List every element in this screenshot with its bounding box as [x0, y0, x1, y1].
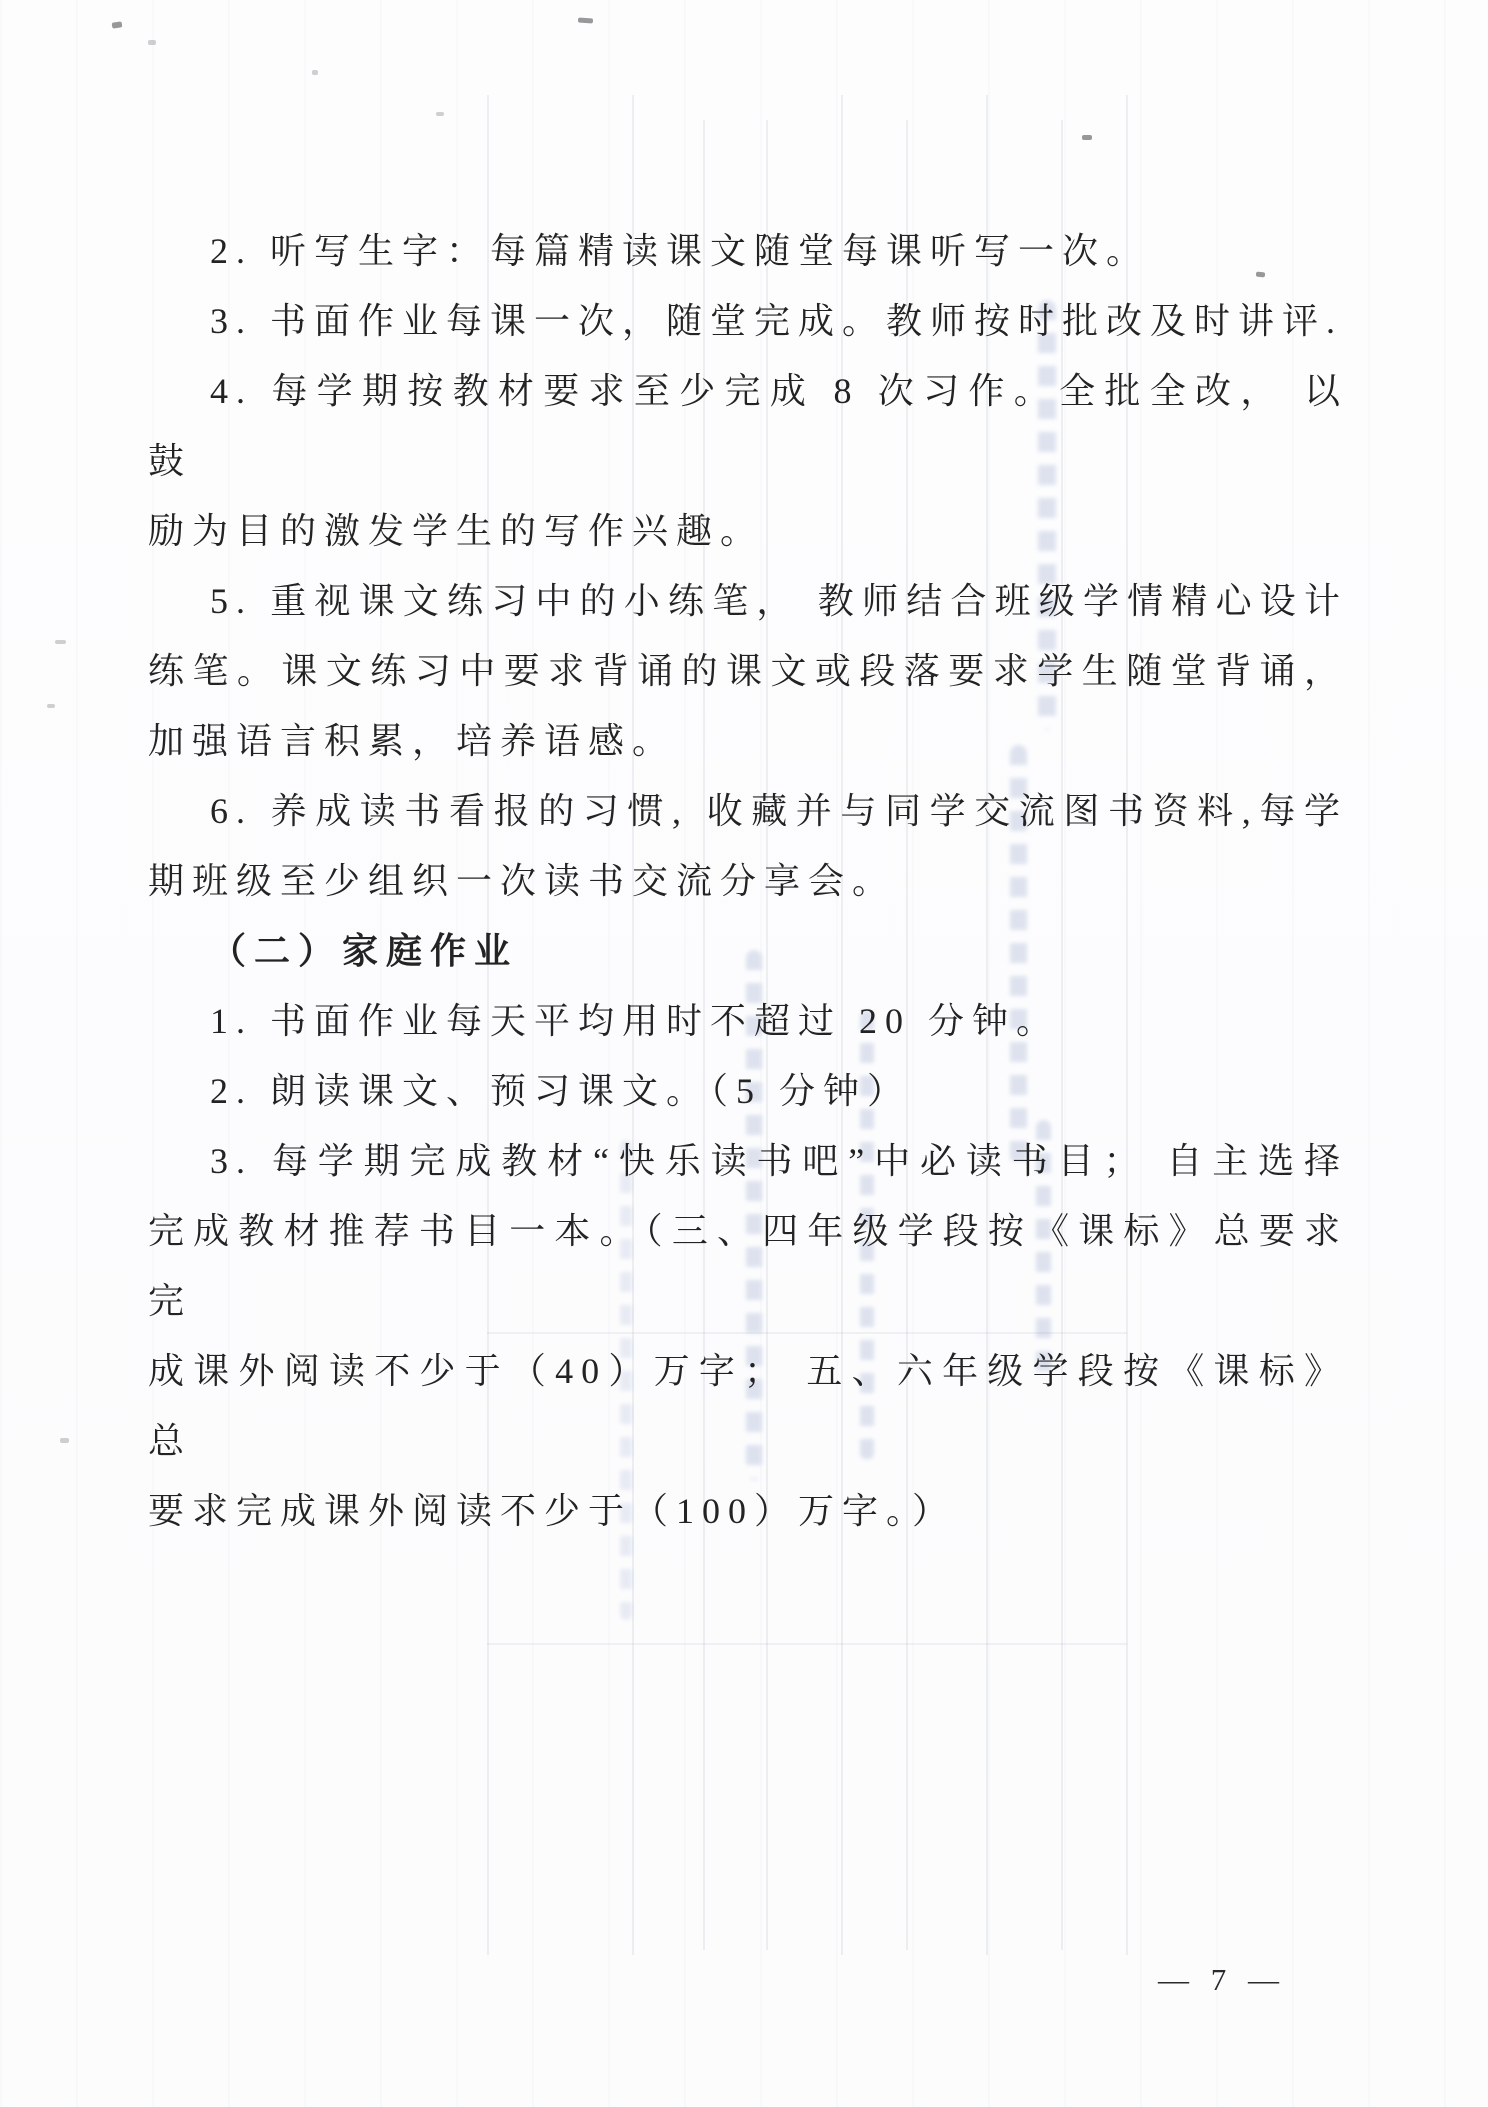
scan-speck: [60, 1438, 69, 1443]
text-line: 2. 听写生字：每篇精读课文随堂每课听写一次。: [148, 216, 1348, 286]
section-heading: （二）家庭作业: [148, 916, 1348, 986]
text-line: 要求完成课外阅读不少于（100）万字。）: [148, 1476, 1348, 1546]
text-line: 4. 每学期按教材要求至少完成 8 次习作。全批全改， 以鼓: [148, 356, 1348, 496]
text-line: 期班级至少组织一次读书交流分享会。: [148, 846, 1348, 916]
scan-speck: [312, 70, 318, 75]
text-line: 6. 养成读书看报的习惯, 收藏并与同学交流图书资料,每学: [148, 776, 1348, 846]
text-line: 成课外阅读不少于（40）万字； 五、六年级学段按《课标》总: [148, 1336, 1348, 1476]
scan-speck: [148, 40, 156, 45]
text-line: 2. 朗读课文、预习课文。（5 分钟）: [148, 1056, 1348, 1126]
text-line: 5. 重视课文练习中的小练笔， 教师结合班级学情精心设计: [148, 566, 1348, 636]
text-line: 完成教材推荐书目一本。（三、四年级学段按《课标》总要求完: [148, 1196, 1348, 1336]
scan-speck: [47, 704, 55, 708]
scanned-document-page: 2. 听写生字：每篇精读课文随堂每课听写一次。3. 书面作业每课一次，随堂完成。…: [0, 0, 1488, 2107]
bleed-grid-line: [487, 1643, 1127, 1645]
scan-speck: [436, 112, 444, 116]
scan-speck: [55, 640, 66, 644]
document-lines: 2. 听写生字：每篇精读课文随堂每课听写一次。3. 书面作业每课一次，随堂完成。…: [148, 216, 1348, 1546]
text-line: 3. 书面作业每课一次，随堂完成。教师按时批改及时讲评.: [148, 286, 1348, 356]
text-line: 加强语言积累，培养语感。: [148, 706, 1348, 776]
page-number: — 7 —: [1158, 1962, 1286, 1998]
scan-speck: [1082, 135, 1092, 140]
text-line: 励为目的激发学生的写作兴趣。: [148, 496, 1348, 566]
text-line: 1. 书面作业每天平均用时不超过 20 分钟。: [148, 986, 1348, 1056]
text-line: 练笔。课文练习中要求背诵的课文或段落要求学生随堂背诵，: [148, 636, 1348, 706]
text-line: 3. 每学期完成教材“快乐读书吧”中必读书目； 自主选择: [148, 1126, 1348, 1196]
scan-speck: [112, 21, 123, 28]
scan-speck: [578, 17, 593, 23]
